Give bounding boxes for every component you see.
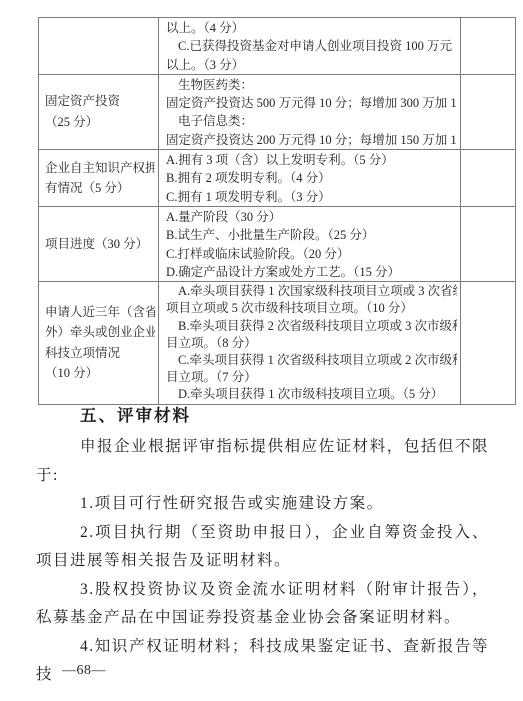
body-paragraph: 4.知识产权证明材料；科技成果鉴定证书、查新报告等技 [36, 633, 489, 690]
description-line: 固定资产投资达 500 万元得 10 分；每增加 300 万加 1 分 [166, 94, 457, 112]
description-line: D.牵头项目获得 1 次市级科技项目立项。（5 分） [166, 386, 457, 403]
body-paragraph: 2.项目执行期（至资助申报日），企业自筹资金投入、项目进展等相关报告及证明材料。 [36, 519, 489, 576]
table-row: 固定资产投资（25 分）生物医药类：固定资产投资达 500 万元得 10 分；每… [39, 74, 516, 149]
description-line: C.已获得投资基金对申请人创业项目投资 100 万元（含） [166, 37, 457, 55]
description-line: 固定资产投资达 200 万元得 10 分；每增加 150 万加 1 分 [166, 131, 457, 149]
scoring-criteria-table: 以上。（4 分）C.已获得投资基金对申请人创业项目投资 100 万元（含）以上。… [38, 17, 516, 405]
criteria-cell: 固定资产投资（25 分） [39, 74, 159, 149]
criteria-cell: 申请人近三年（含省外）牵头或创业企业科技立项情况（10 分） [39, 282, 159, 404]
description-line: 电子信息类： [166, 112, 457, 130]
description-cell: A.量产阶段（30 分）B.试生产、小批量生产阶段。（25 分）C.打样或临床试… [159, 206, 461, 281]
score-cell [461, 74, 516, 149]
criteria-cell: 企业自主知识产权拥有情况（5 分） [39, 150, 159, 207]
description-line: 生物医药类： [166, 76, 457, 94]
description-cell: A.牵头项目获得 1 次国家级科技项目立项或 3 次省级科技项目立项或 5 次市… [159, 282, 461, 404]
description-line: B.拥有 2 项发明专利。（4 分） [166, 169, 457, 187]
criteria-line: 有情况（5 分） [45, 178, 155, 199]
criteria-line: 固定资产投资 [45, 91, 155, 112]
document-page: 以上。（4 分）C.已获得投资基金对申请人创业项目投资 100 万元（含）以上。… [0, 0, 523, 701]
description-line: 项目立项或 5 次市级科技项目立项。（10 分） [166, 300, 457, 317]
criteria-line: 企业自主知识产权拥 [45, 158, 155, 179]
description-cell: 生物医药类：固定资产投资达 500 万元得 10 分；每增加 300 万加 1 … [159, 74, 461, 149]
score-cell [461, 282, 516, 404]
page-number: —68— [62, 663, 106, 679]
criteria-line: 科技立项情况 [45, 343, 155, 364]
section-body: 申报企业根据评审指标提供相应佐证材料，包括但不限于:1.项目可行性研究报告或实施… [36, 433, 489, 690]
criteria-line: （25 分） [45, 112, 155, 133]
table-row: 申请人近三年（含省外）牵头或创业企业科技立项情况（10 分）A.牵头项目获得 1… [39, 282, 516, 404]
description-line: 目立项。（8 分） [166, 335, 457, 352]
section-heading: 五、评审材料 [36, 404, 489, 428]
description-line: A.量产阶段（30 分） [166, 208, 457, 226]
scoring-table-body: 以上。（4 分）C.已获得投资基金对申请人创业项目投资 100 万元（含）以上。… [39, 18, 516, 405]
criteria-line: 外）牵头或创业企业 [45, 322, 155, 343]
score-cell [461, 206, 516, 281]
score-cell [461, 18, 516, 75]
description-line: C.打样或临床试验阶段。（20 分） [166, 245, 457, 263]
criteria-cell [39, 18, 159, 75]
table-row: 企业自主知识产权拥有情况（5 分）A.拥有 3 项（含）以上发明专利。（5 分）… [39, 150, 516, 207]
description-line: C.拥有 1 项发明专利。（3 分） [166, 188, 457, 206]
description-cell: 以上。（4 分）C.已获得投资基金对申请人创业项目投资 100 万元（含）以上。… [159, 18, 461, 75]
description-line: D.确定产品设计方案或处方工艺。（15 分） [166, 263, 457, 281]
table-row: 以上。（4 分）C.已获得投资基金对申请人创业项目投资 100 万元（含）以上。… [39, 18, 516, 75]
description-line: 以上。（3 分） [166, 56, 457, 74]
description-cell: A.拥有 3 项（含）以上发明专利。（5 分）B.拥有 2 项发明专利。（4 分… [159, 150, 461, 207]
score-cell [461, 150, 516, 207]
description-line: B.牵头项目获得 2 次省级科技项目立项或 3 次市级科技项 [166, 318, 457, 335]
criteria-line: 申请人近三年（含省 [45, 302, 155, 323]
description-line: B.试生产、小批量生产阶段。（25 分） [166, 226, 457, 244]
description-line: A.牵头项目获得 1 次国家级科技项目立项或 3 次省级科技 [166, 283, 457, 300]
criteria-line: 项目进度（30 分） [45, 234, 155, 255]
description-line: A.拥有 3 项（含）以上发明专利。（5 分） [166, 151, 457, 169]
table-row: 项目进度（30 分）A.量产阶段（30 分）B.试生产、小批量生产阶段。（25 … [39, 206, 516, 281]
body-paragraph: 1.项目可行性研究报告或实施建设方案。 [36, 490, 489, 519]
body-paragraph: 申报企业根据评审指标提供相应佐证材料，包括但不限于: [36, 433, 489, 490]
description-line: 以上。（4 分） [166, 19, 457, 37]
section-review-materials: 五、评审材料 申报企业根据评审指标提供相应佐证材料，包括但不限于:1.项目可行性… [36, 404, 489, 690]
description-line: C.牵头项目获得 1 次省级科技项目立项或 2 次市级科技项 [166, 352, 457, 369]
description-line: 目立项。（7 分） [166, 369, 457, 386]
body-paragraph: 3.股权投资协议及资金流水证明材料（附审计报告），私募基金产品在中国证券投资基金… [36, 576, 489, 633]
criteria-cell: 项目进度（30 分） [39, 206, 159, 281]
criteria-line: （10 分） [45, 363, 155, 384]
